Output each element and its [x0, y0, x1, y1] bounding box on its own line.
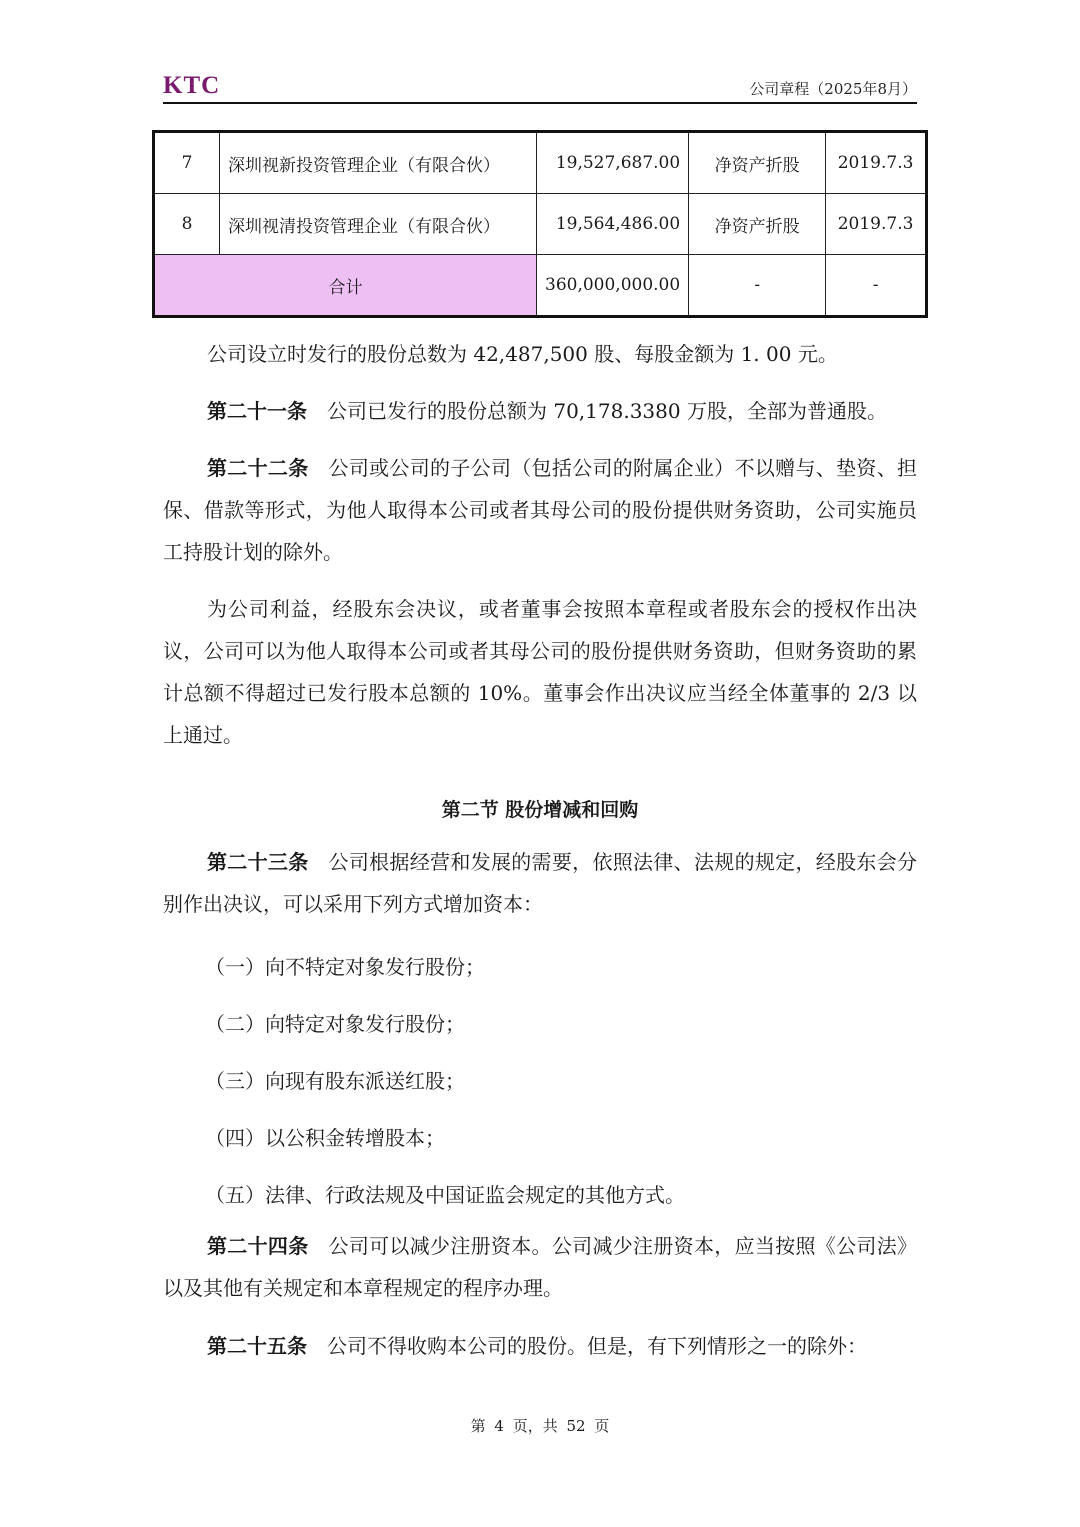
total-date: - — [826, 255, 927, 317]
row-number: 8 — [154, 194, 220, 255]
page-header: KTC 公司章程（2025年8月） — [163, 72, 917, 104]
contribution-method: 净资产折股 — [689, 132, 826, 194]
total-method: - — [689, 255, 826, 317]
document-page: KTC 公司章程（2025年8月） 7 深圳视新投资管理企业（有限合伙） 19,… — [0, 0, 1080, 1527]
article-title: 第二十二条 — [207, 456, 309, 480]
article-title: 第二十三条 — [207, 850, 309, 874]
contribution-method: 净资产折股 — [689, 194, 826, 255]
table-row: 8 深圳视清投资管理企业（有限合伙） 19,564,486.00 净资产折股 2… — [154, 194, 927, 255]
paragraph-financial-assistance: 为公司利益，经股东会决议，或者董事会按照本章程或者股东会的授权作出决议，公司可以… — [163, 588, 917, 756]
list-item: （二）向特定对象发行股份； — [205, 1008, 465, 1037]
article-title: 第二十五条 — [207, 1334, 307, 1358]
article-21: 第二十一条公司已发行的股份总额为 70,178.3380 万股，全部为普通股。 — [163, 390, 917, 432]
company-logo: KTC — [163, 72, 220, 100]
row-number: 7 — [154, 132, 220, 194]
article-23: 第二十三条公司根据经营和发展的需要，依照法律、法规的规定，经股东会分别作出决议，… — [163, 841, 917, 925]
list-item: （四）以公积金转增股本； — [205, 1122, 445, 1151]
total-amount: 360,000,000.00 — [537, 255, 689, 317]
article-24: 第二十四条公司可以减少注册资本。公司减少注册资本，应当按照《公司法》以及其他有关… — [163, 1225, 917, 1309]
contribution-date: 2019.7.3 — [826, 132, 927, 194]
section-title: 第二节 股份增减和回购 — [163, 795, 917, 822]
shareholder-name: 深圳视清投资管理企业（有限合伙） — [220, 194, 537, 255]
article-text: 公司不得收购本公司的股份。但是，有下列情形之一的除外： — [327, 1334, 867, 1358]
shareholder-table: 7 深圳视新投资管理企业（有限合伙） 19,527,687.00 净资产折股 2… — [152, 130, 928, 318]
list-item: （五）法律、行政法规及中国证监会规定的其他方式。 — [205, 1179, 685, 1208]
article-25: 第二十五条公司不得收购本公司的股份。但是，有下列情形之一的除外： — [163, 1325, 917, 1367]
share-amount: 19,564,486.00 — [537, 194, 689, 255]
list-item: （三）向现有股东派送红股； — [205, 1065, 465, 1094]
paragraph-initial-shares: 公司设立时发行的股份总数为 42,487,500 股、每股金额为 1. 00 元… — [163, 333, 917, 375]
total-row: 合计 360,000,000.00 - - — [154, 255, 927, 317]
page-number: 第 4 页，共 52 页 — [0, 1415, 1080, 1436]
table-row: 7 深圳视新投资管理企业（有限合伙） 19,527,687.00 净资产折股 2… — [154, 132, 927, 194]
total-label: 合计 — [154, 255, 537, 317]
article-text: 公司已发行的股份总额为 70,178.3380 万股，全部为普通股。 — [327, 399, 887, 423]
article-title: 第二十一条 — [207, 399, 307, 423]
contribution-date: 2019.7.3 — [826, 194, 927, 255]
article-title: 第二十四条 — [207, 1234, 309, 1258]
document-title: 公司章程（2025年8月） — [749, 78, 917, 99]
list-item: （一）向不特定对象发行股份； — [205, 951, 485, 980]
share-amount: 19,527,687.00 — [537, 132, 689, 194]
article-22: 第二十二条公司或公司的子公司（包括公司的附属企业）不以赠与、垫资、担保、借款等形… — [163, 447, 917, 573]
shareholder-name: 深圳视新投资管理企业（有限合伙） — [220, 132, 537, 194]
